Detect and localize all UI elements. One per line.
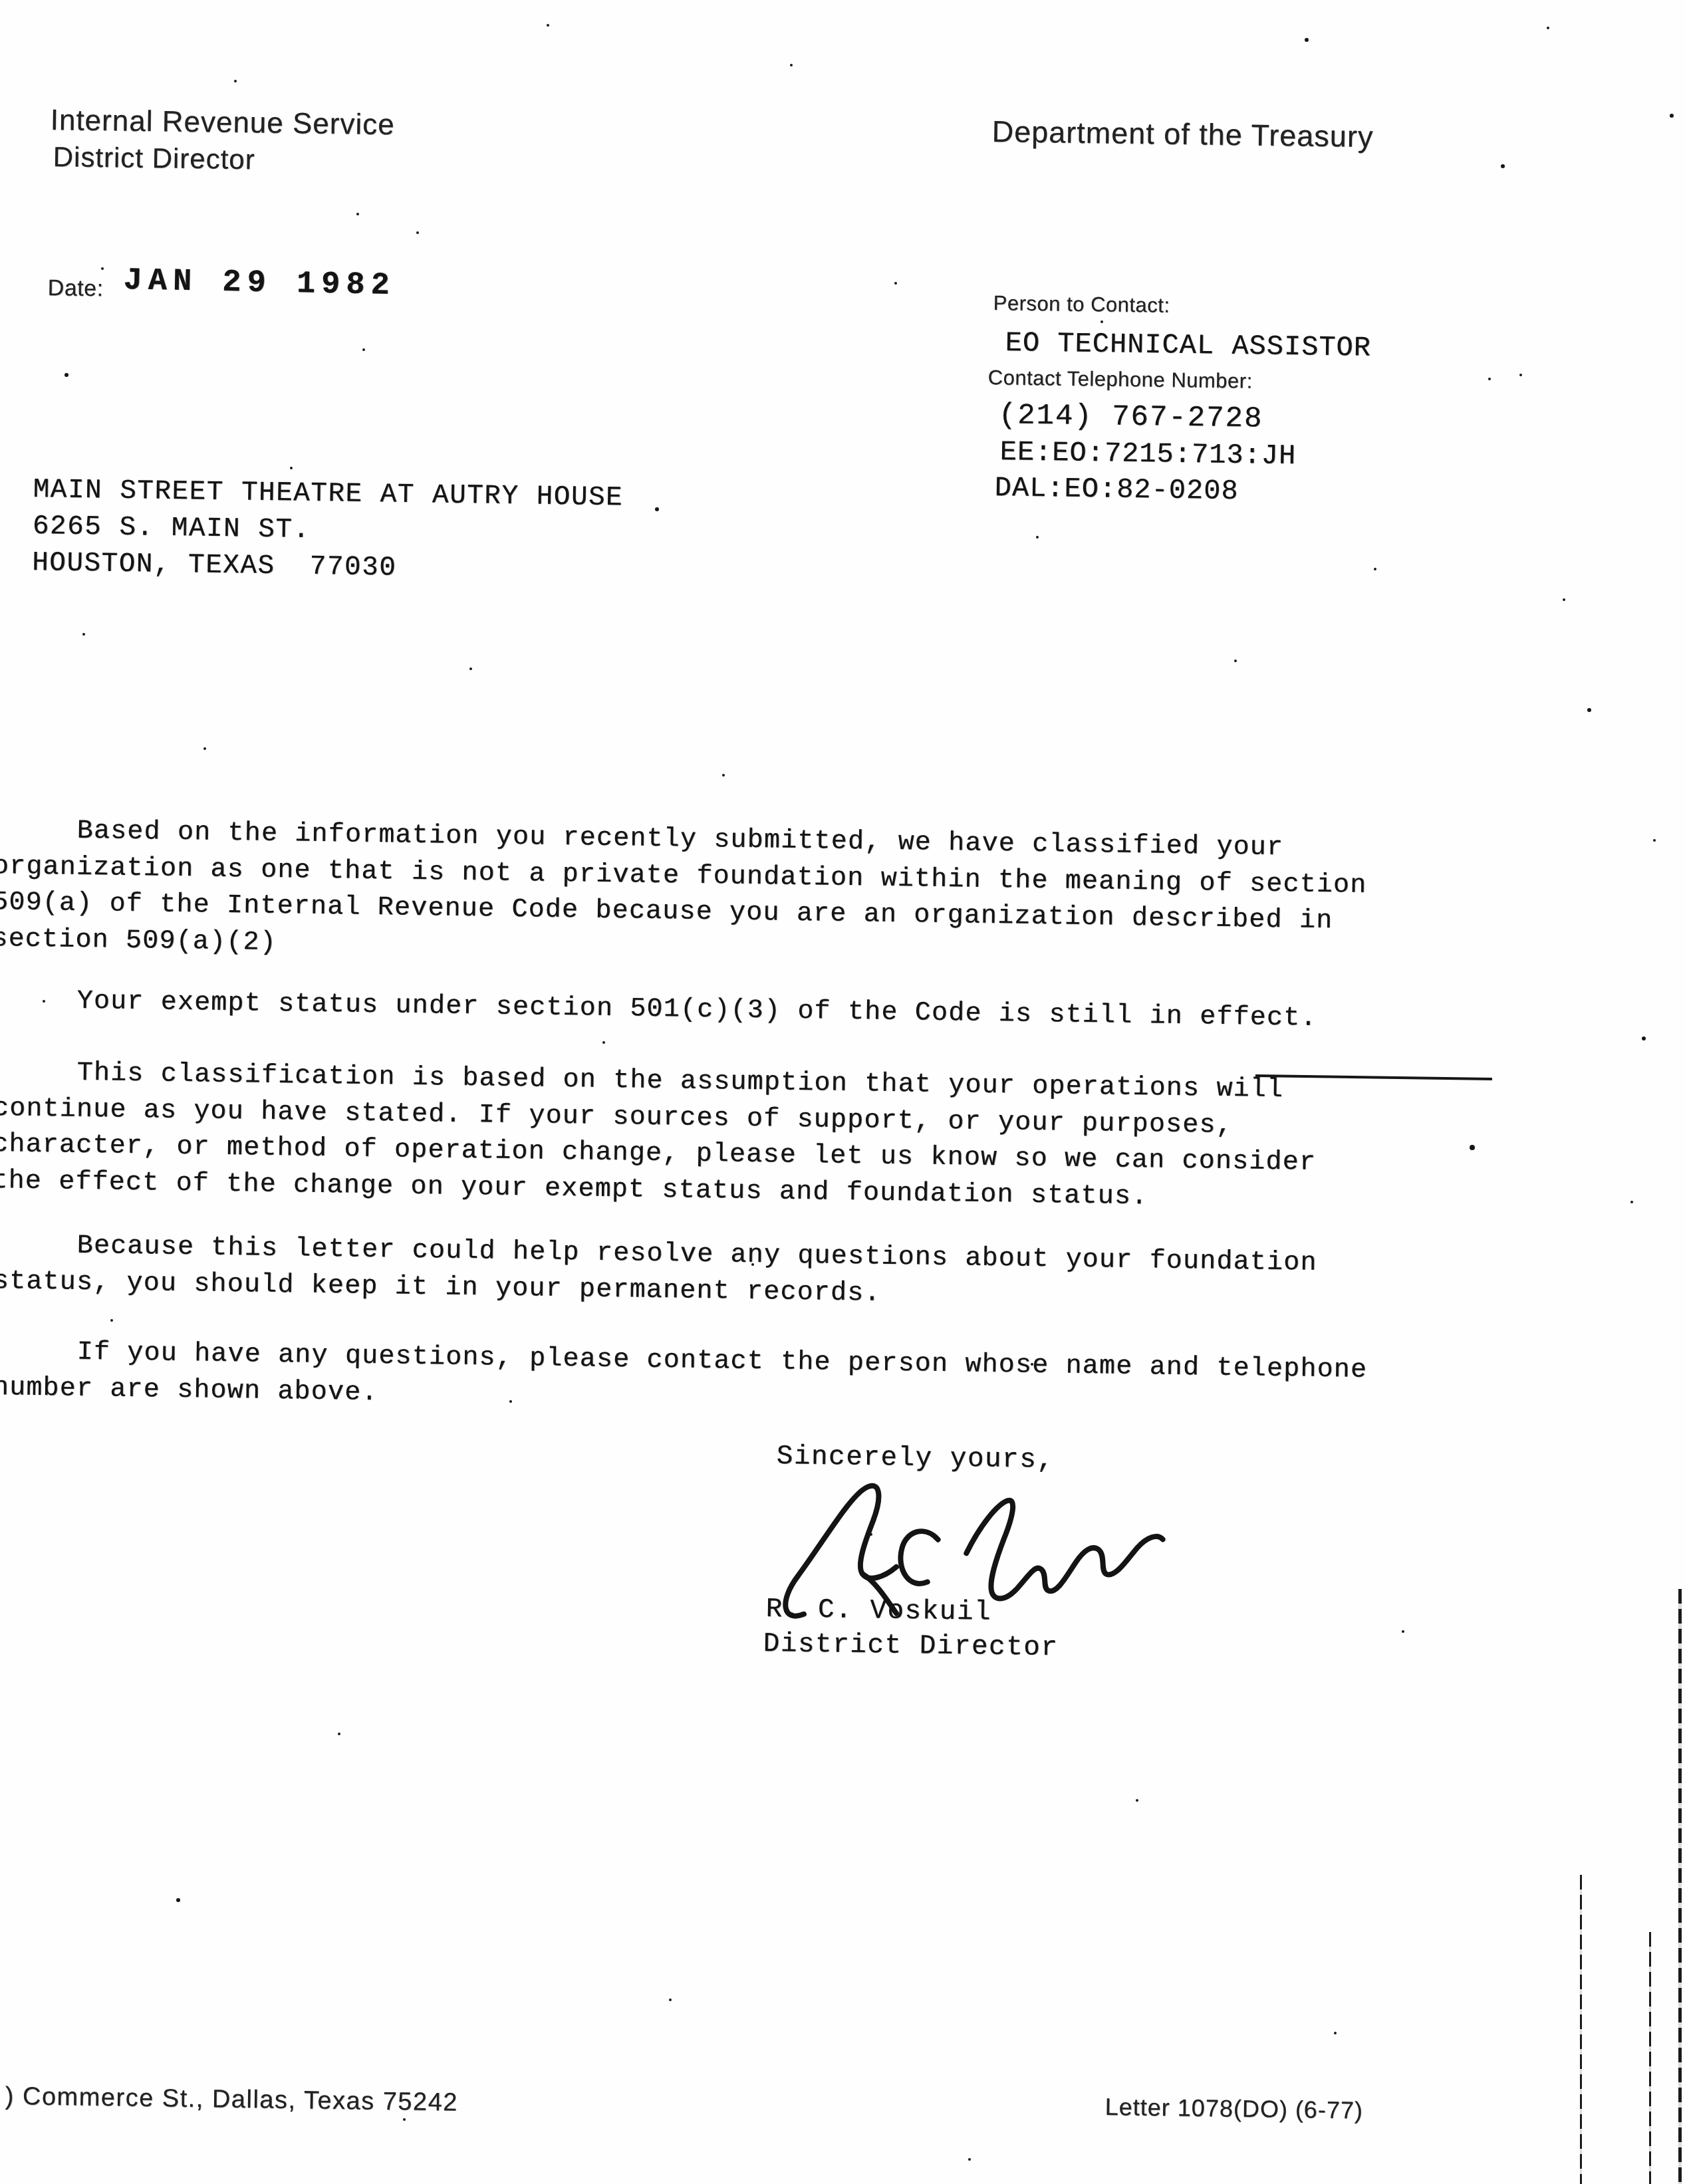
reference-line-1: EE:EO:7215:713:JH xyxy=(999,436,1296,472)
letterhead-office: District Director xyxy=(53,141,255,176)
body-paragraph-3: This classification is based on the assu… xyxy=(0,1054,1317,1218)
contact-name: EO TECHNICAL ASSISTOR xyxy=(1005,327,1371,364)
scan-streak-inner xyxy=(1580,1875,1582,2184)
telephone-label: Contact Telephone Number: xyxy=(987,366,1252,394)
letterhead-department: Department of the Treasury xyxy=(991,114,1373,154)
body-paragraph-1: Based on the information you recently su… xyxy=(0,812,1368,977)
scan-streak-middle xyxy=(1649,1932,1651,2184)
reference-line-2: DAL:EO:82-0208 xyxy=(994,472,1238,507)
date-label: Date: xyxy=(47,275,103,302)
letterhead-agency: Internal Revenue Service xyxy=(50,104,395,142)
date-stamp: JAN 29 1982 xyxy=(123,263,396,304)
footer-address: ) Commerce St., Dallas, Texas 75242 xyxy=(5,2082,458,2118)
contact-label: Person to Contact: xyxy=(993,291,1170,318)
letter-page: Internal Revenue Service District Direct… xyxy=(0,0,1685,2184)
signer-title: District Director xyxy=(763,1629,1058,1663)
telephone-number: (214) 767-2728 xyxy=(998,399,1263,436)
scan-streak-right-edge xyxy=(1678,1589,1682,2184)
signer-name: R. C. Voskuil xyxy=(765,1594,991,1628)
body-paragraph-5: If you have any questions, please contac… xyxy=(0,1334,1368,1425)
ink-specks xyxy=(547,24,549,27)
footer-form-number: Letter 1078(DO) (6-77) xyxy=(1104,2093,1363,2124)
closing-salutation: Sincerely yours, xyxy=(776,1441,1054,1476)
body-paragraph-2: Your exempt status under section 501(c)(… xyxy=(0,983,1317,1037)
body-paragraph-4: Because this letter could help resolve a… xyxy=(0,1227,1317,1318)
recipient-address: MAIN STREET THEATRE AT AUTRY HOUSE 6265 … xyxy=(32,472,624,590)
